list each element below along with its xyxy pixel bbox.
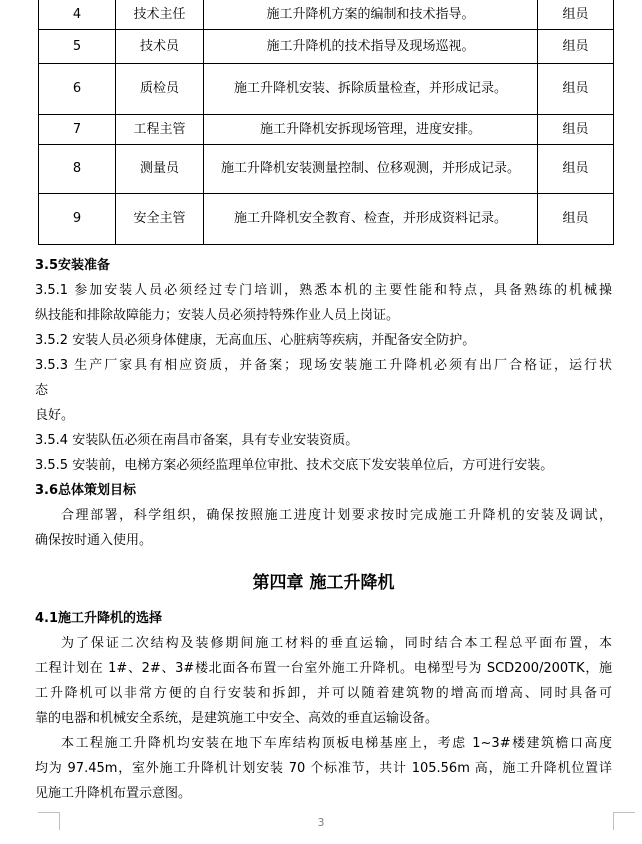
cell-role: 工程主管 [116,114,204,144]
paragraph-line: 3.5.2 安装人员必须身体健康，无高血压、心脏病等疾病，并配备安全防护。 [35,328,612,353]
paragraph-line: 确保按时通入使用。 [35,528,612,553]
paragraph-3-5-4: 3.5.4 安装队伍必须在南昌市备案，具有专业安装资质。 [35,428,612,453]
cell-role: 测量员 [116,144,204,193]
paragraph-line: 3.5.3 生产厂家具有相应资质，并备案；现场安装施工升降机必须有出厂合格证，运… [35,353,612,378]
paragraph-4-1-b: 本工程施工升降机均安装在地下车库结构顶板电梯基座上，考虑 1~3#楼建筑檐口高度… [35,731,612,806]
paragraph-line: 工升降机可以非常方便的自行安装和拆卸，并可以随着建筑物的增高而增高、同时具备可 [35,681,612,706]
responsibility-table-wrapper: 4 技术主任 施工升降机方案的编制和技术指导。 组员 5 技术员 施工升降机的技… [38,0,613,245]
cell-no: 9 [39,193,116,244]
paragraph-line: 均为 97.45m，室外施工升降机计划安装 70 个标准节，共计 105.56m… [35,756,612,781]
paragraph-3-5-2: 3.5.2 安装人员必须身体健康，无高血压、心脏病等疾病，并配备安全防护。 [35,328,612,353]
page-number: 3 [0,816,642,829]
cell-no: 5 [39,29,116,63]
cell-duty: 施工升降机安拆现场管理，进度安排。 [204,114,538,144]
cell-duty: 施工升降机安装测量控制、位移观测，并形成记录。 [204,144,538,193]
paragraph-3-6: 合理部署，科学组织，确保按照施工进度计划要求按时完成施工升降机的安装及调试， 确… [35,503,612,553]
table-row: 6 质检员 施工升降机安装、拆除质量检查，并形成记录。 组员 [39,63,614,114]
responsibility-table: 4 技术主任 施工升降机方案的编制和技术指导。 组员 5 技术员 施工升降机的技… [38,0,614,245]
cell-no: 6 [39,63,116,114]
table-row: 7 工程主管 施工升降机安拆现场管理，进度安排。 组员 [39,114,614,144]
document-body: 3.5安装准备 3.5.1 参加安装人员必须经过专门培训，熟悉本机的主要性能和特… [35,244,612,806]
table-row: 9 安全主管 施工升降机安全教育、检查，并形成资料记录。 组员 [39,193,614,244]
paragraph-line: 3.5.4 安装队伍必须在南昌市备案，具有专业安装资质。 [35,428,612,453]
cell-member: 组员 [538,63,614,114]
cell-duty: 施工升降机安全教育、检查，并形成资料记录。 [204,193,538,244]
paragraph-line: 合理部署，科学组织，确保按照施工进度计划要求按时完成施工升降机的安装及调试， [35,503,612,528]
paragraph-line: 3.5.5 安装前，电梯方案必须经监理单位审批、技术交底下发安装单位后，方可进行… [35,453,612,478]
cell-role: 质检员 [116,63,204,114]
paragraph-line: 3.5.1 参加安装人员必须经过专门培训，熟悉本机的主要性能和特点，具备熟练的机… [35,278,612,303]
section-4-1-heading: 4.1施工升降机的选择 [35,606,612,631]
table-row: 5 技术员 施工升降机的技术指导及现场巡视。 组员 [39,29,614,63]
cell-no: 8 [39,144,116,193]
cell-member: 组员 [538,193,614,244]
cell-member: 组员 [538,144,614,193]
cell-role: 安全主管 [116,193,204,244]
cell-member: 组员 [538,114,614,144]
cell-no: 7 [39,114,116,144]
section-3-6-heading: 3.6总体策划目标 [35,478,612,503]
paragraph-3-5-5: 3.5.5 安装前，电梯方案必须经监理单位审批、技术交底下发安装单位后，方可进行… [35,453,612,478]
cell-role: 技术员 [116,29,204,63]
chapter-4-title: 第四章 施工升降机 [35,568,612,598]
paragraph-line: 见施工升降机布置示意图。 [35,781,612,806]
cell-member: 组员 [538,0,614,29]
paragraph-line: 靠的电器和机械安全系统，是建筑施工中安全、高效的垂直运输设备。 [35,706,612,731]
cell-member: 组员 [538,29,614,63]
paragraph-3-5-3: 3.5.3 生产厂家具有相应资质，并备案；现场安装施工升降机必须有出厂合格证，运… [35,353,612,428]
section-3-5-heading: 3.5安装准备 [35,253,612,278]
cell-duty: 施工升降机的技术指导及现场巡视。 [204,29,538,63]
paragraph-3-5-1: 3.5.1 参加安装人员必须经过专门培训，熟悉本机的主要性能和特点，具备熟练的机… [35,278,612,328]
table-row: 8 测量员 施工升降机安装测量控制、位移观测，并形成记录。 组员 [39,144,614,193]
cell-role: 技术主任 [116,0,204,29]
paragraph-line: 本工程施工升降机均安装在地下车库结构顶板电梯基座上，考虑 1~3#楼建筑檐口高度 [35,731,612,756]
paragraph-line: 良好。 [35,403,612,428]
paragraph-line: 态 [35,378,612,403]
paragraph-line: 为了保证二次结构及装修期间施工材料的垂直运输，同时结合本工程总平面布置，本 [35,631,612,656]
table-row: 4 技术主任 施工升降机方案的编制和技术指导。 组员 [39,0,614,29]
cell-duty: 施工升降机安装、拆除质量检查，并形成记录。 [204,63,538,114]
cell-duty: 施工升降机方案的编制和技术指导。 [204,0,538,29]
paragraph-line: 纵技能和排除故障能力；安装人员必须持特殊作业人员上岗证。 [35,303,612,328]
cell-no: 4 [39,0,116,29]
paragraph-4-1-a: 为了保证二次结构及装修期间施工材料的垂直运输，同时结合本工程总平面布置，本 工程… [35,631,612,731]
paragraph-line: 工程计划在 1#、2#、3#楼北面各布置一台室外施工升降机。电梯型号为 SCD2… [35,656,612,681]
